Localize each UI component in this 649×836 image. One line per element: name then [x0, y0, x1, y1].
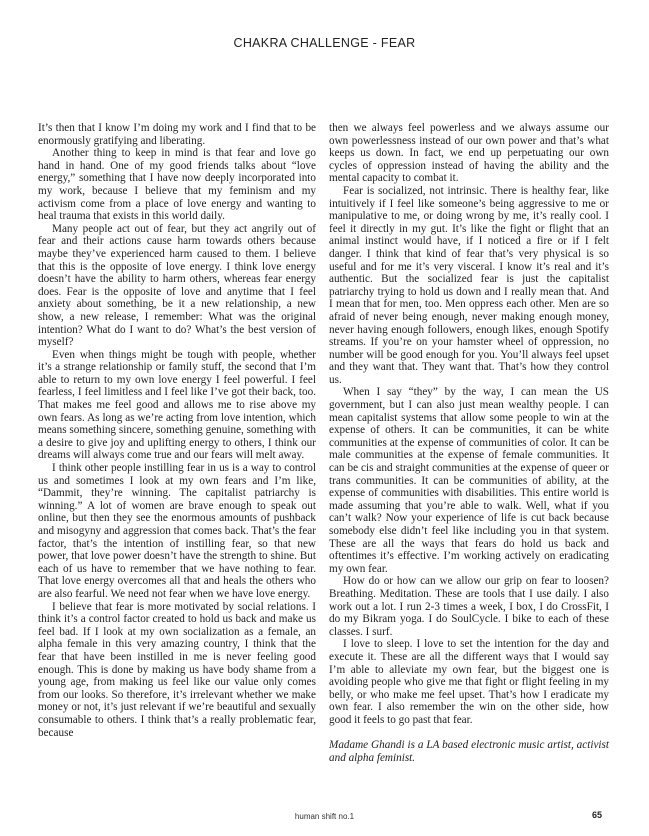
article-column-left: It’s then that I know I’m doing my work …: [38, 122, 316, 739]
page-number: 65: [592, 810, 602, 820]
article-column-right: then we always feel powerless and we alw…: [329, 122, 609, 764]
publication-name: human shift no.1: [0, 812, 649, 821]
paragraph: How do or how can we allow our grip on f…: [329, 575, 609, 638]
author-bio: Madame Ghandi is a LA based electronic m…: [329, 739, 609, 764]
paragraph: Fear is socialized, not intrinsic. There…: [329, 185, 609, 387]
paragraph: I think other people instilling fear in …: [38, 462, 316, 601]
paragraph: When I say “they” by the way, I can mean…: [329, 386, 609, 575]
paragraph: Even when things might be tough with peo…: [38, 349, 316, 462]
paragraph: Many people act out of fear, but they ac…: [38, 223, 316, 349]
paragraph: I believe that fear is more motivated by…: [38, 601, 316, 740]
page-title: CHAKRA CHALLENGE - FEAR: [0, 36, 649, 50]
paragraph: It’s then that I know I’m doing my work …: [38, 122, 316, 147]
paragraph: Another thing to keep in mind is that fe…: [38, 147, 316, 223]
paragraph: I love to sleep. I love to set the inten…: [329, 638, 609, 726]
paragraph: then we always feel powerless and we alw…: [329, 122, 609, 185]
